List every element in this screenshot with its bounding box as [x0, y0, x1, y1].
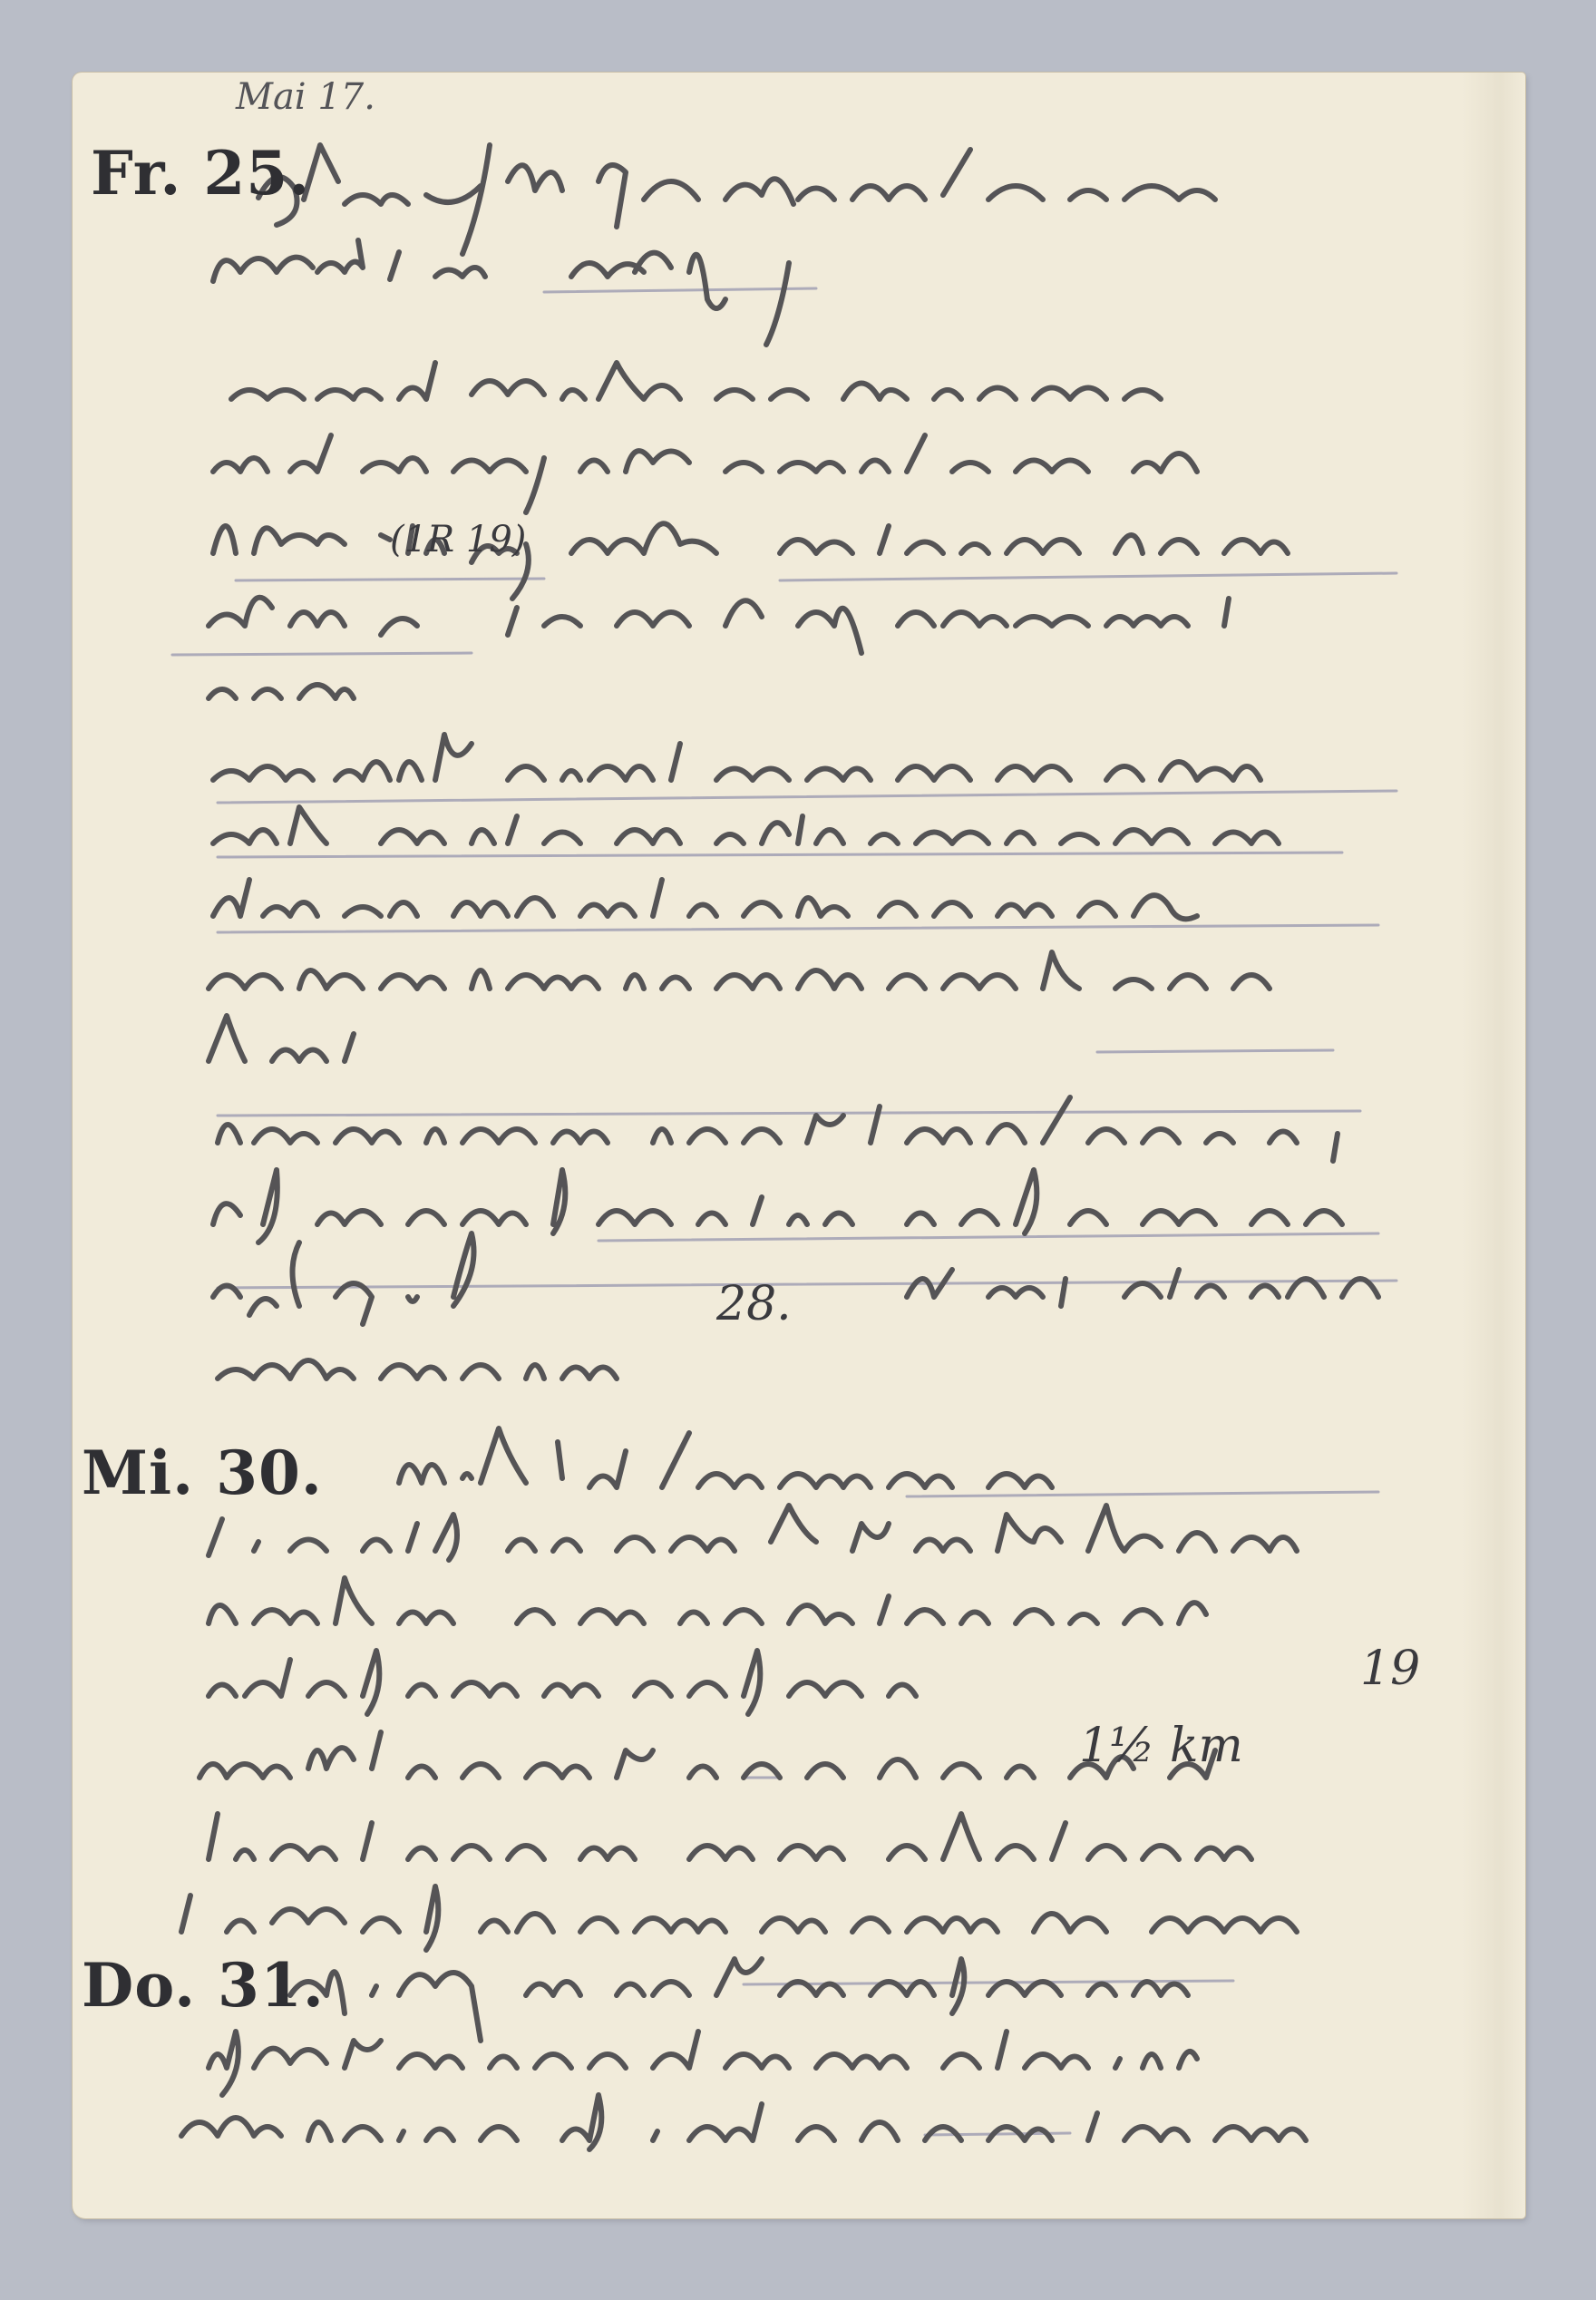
entry-day-label-do31: Do. 31.: [82, 1950, 325, 2021]
inline-fragment-1half-km: 1½ km: [1079, 1719, 1243, 1773]
entry-day-label-fr25: Fr. 25.: [91, 138, 310, 209]
inline-fragment-1r19: (1R 19): [390, 519, 526, 560]
inline-number-28: 28.: [716, 1277, 792, 1331]
inline-fragment-19: 19: [1360, 1642, 1420, 1696]
month-note: Mai 17.: [236, 76, 375, 118]
entry-day-label-mi30: Mi. 30.: [82, 1437, 323, 1508]
